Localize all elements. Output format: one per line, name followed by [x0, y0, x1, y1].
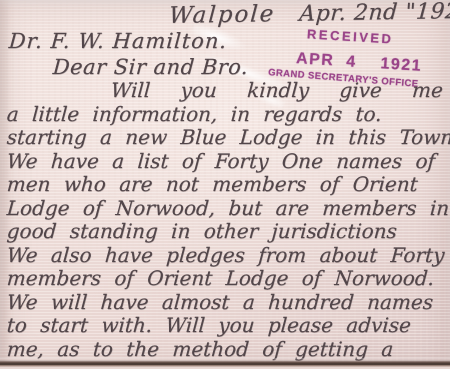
dateline-date: Apr. 2nd "1921": [298, 0, 450, 27]
letter-line: to start with. Will you please advise: [6, 314, 448, 338]
received-stamp-title: RECEIVED: [307, 26, 394, 46]
paper-bottom-edge: [0, 358, 450, 369]
letter-body: Will you kindly give me a little informa…: [6, 79, 446, 361]
letter-line: We will have almost a hundred names: [6, 291, 448, 315]
letter-line: Will you kindly give me: [110, 79, 448, 103]
letter-line: starting a new Blue Lodge in this Town.: [6, 126, 448, 150]
letter-line: We also have pledges from about Forty: [6, 244, 448, 268]
handwritten-letter-scan: WalpoleApr. 2nd "1921" Dr. F. W. Hamilto…: [0, 0, 450, 369]
letter-recipient: Dr. F. W. Hamilton.: [8, 29, 228, 53]
letter-line: members of Orient Lodge of Norwood.: [6, 267, 448, 291]
letter-line: a little information, in regards to.: [6, 103, 448, 127]
letter-line: good standing in other jurisdictions: [6, 220, 448, 244]
letter-line: We have a list of Forty One names of: [6, 150, 448, 174]
letter-line: men who are not members of Orient: [6, 173, 448, 197]
letter-dateline: WalpoleApr. 2nd "1921": [168, 0, 450, 29]
letter-line: Lodge of Norwood, but are members in: [6, 197, 448, 221]
letter-salutation: Dear Sir and Bro.: [52, 55, 249, 79]
dateline-place: Walpole: [168, 1, 276, 29]
